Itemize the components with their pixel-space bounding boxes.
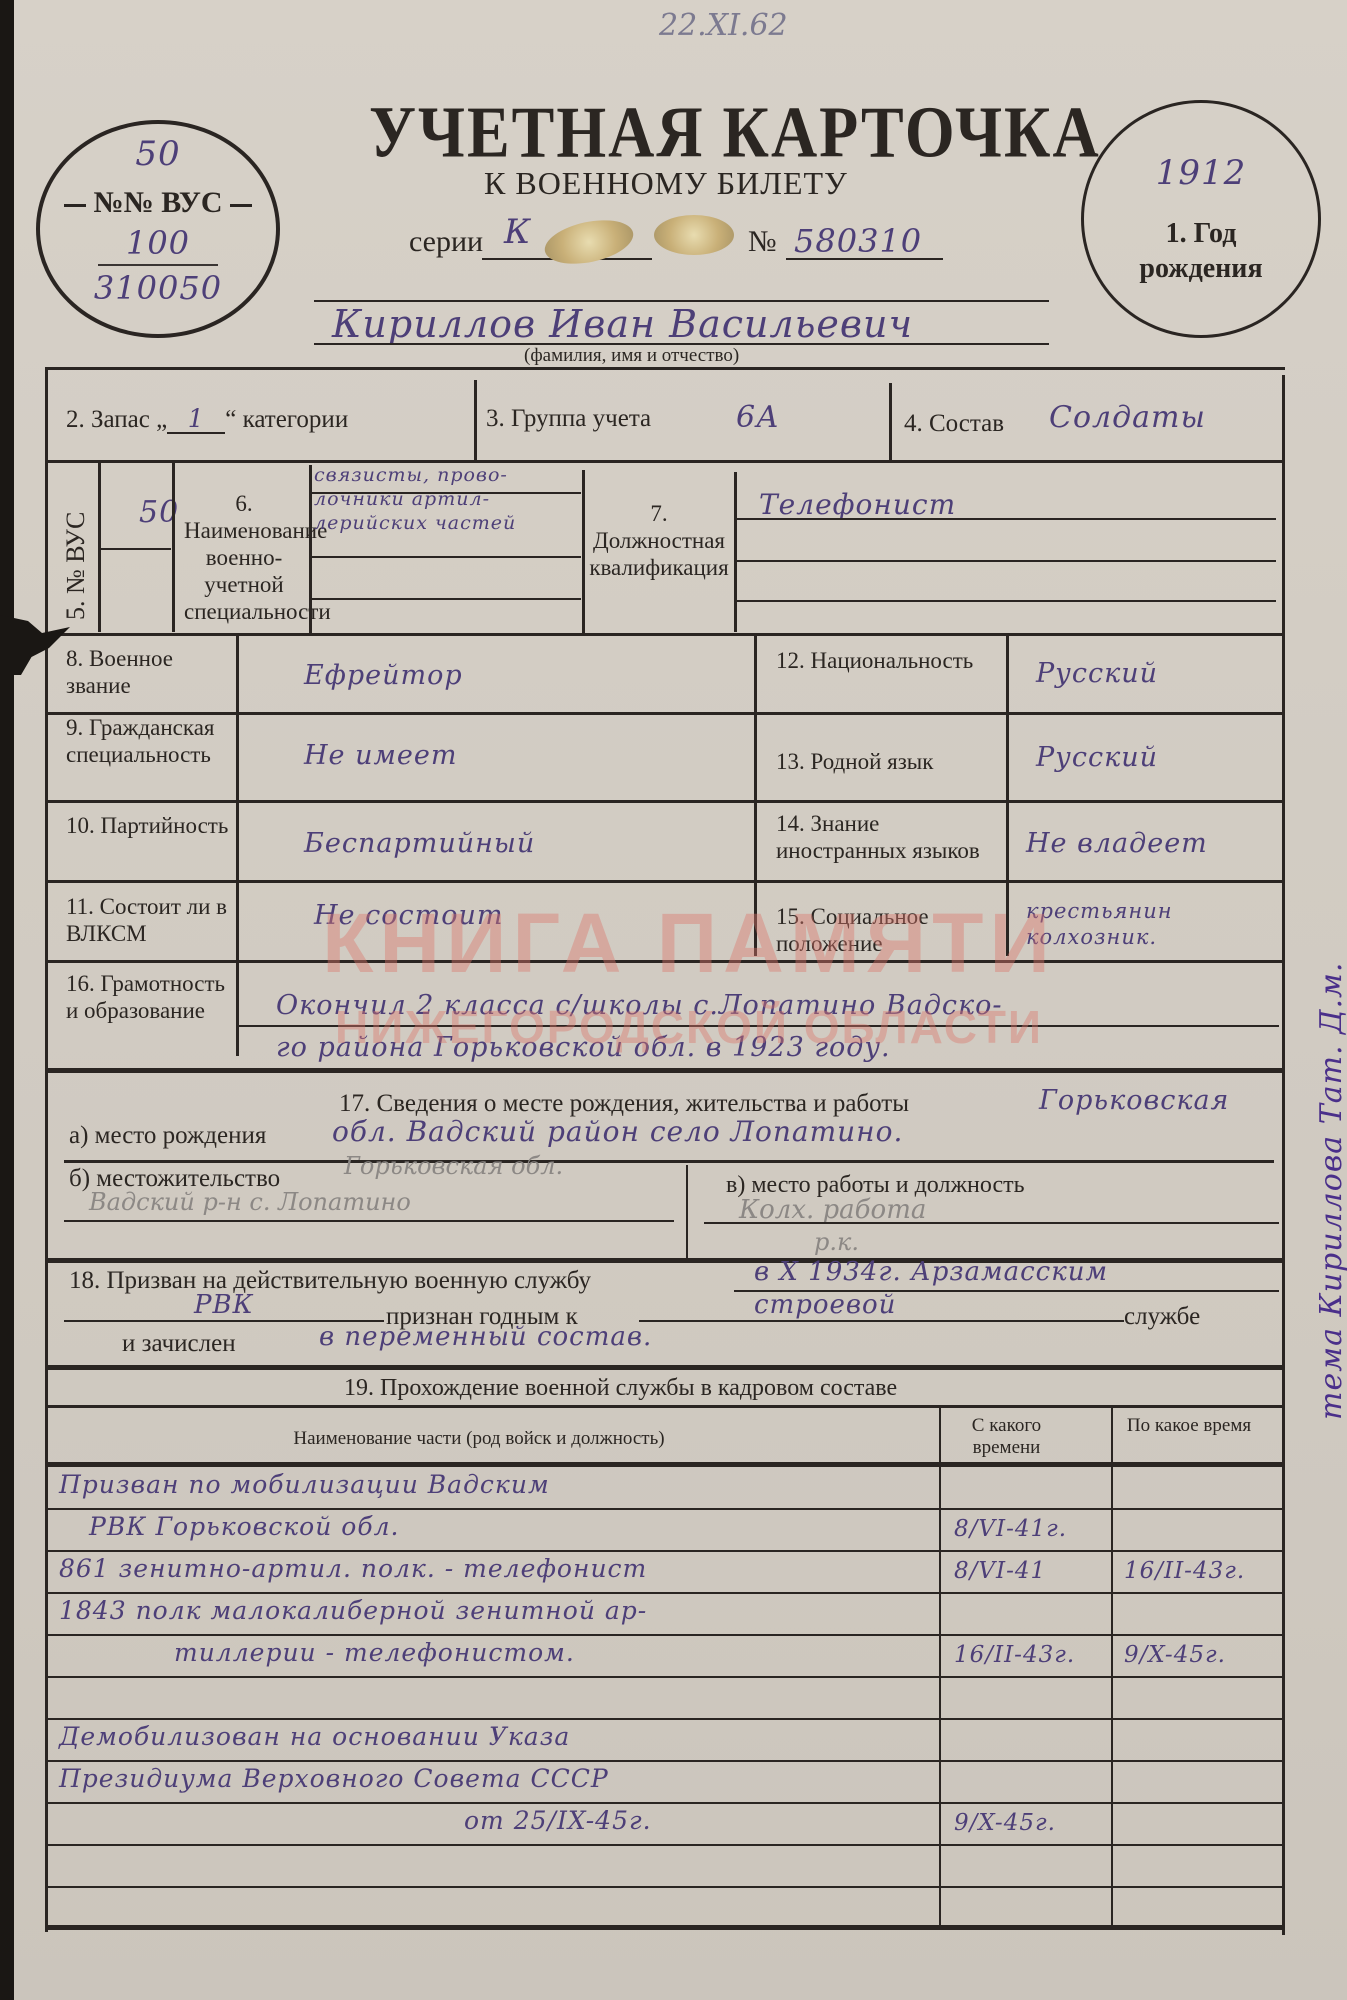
- field-7-value: Телефонист: [759, 488, 956, 521]
- page-title: УЧЕТНАЯ КАРТОЧКА: [369, 90, 1101, 175]
- field-3-value: 6А: [736, 400, 780, 435]
- field-2-label: 2. Запас „1“ категории: [66, 405, 348, 434]
- birth-year-stamp: 1912 1. Год рождения: [1081, 100, 1321, 338]
- field-6-label: 6. Наименование военно-учетной специальн…: [184, 490, 304, 625]
- service-row-unit: Демобилизован на основании Указа: [59, 1722, 570, 1751]
- service-row-from: 9/X-45г.: [954, 1810, 1056, 1836]
- section-17-title-value: Горьковская: [1039, 1085, 1229, 1116]
- field-4-value: Солдаты: [1049, 400, 1206, 435]
- vus-stamp-bottom-value: 310050: [40, 269, 276, 307]
- number-value: 580310: [794, 222, 922, 260]
- birthplace-label: а) место рождения: [69, 1122, 266, 1149]
- field-4-label: 4. Состав: [904, 410, 1004, 437]
- service-row-unit: от 25/IX-45г.: [464, 1806, 652, 1835]
- residence-value-line-1: Горьковская обл.: [344, 1152, 563, 1180]
- field-14-value: Не владеет: [1026, 828, 1208, 859]
- service-row-unit: тиллерии - телефонистом.: [174, 1638, 575, 1667]
- service-row-from: 8/VI-41: [954, 1558, 1046, 1584]
- field-9-value: Не имеет: [304, 740, 457, 771]
- top-date: 22.XI.62: [659, 8, 788, 43]
- birth-year-label: 1. Год: [1084, 218, 1318, 250]
- ink-blot: [654, 215, 734, 255]
- serie-label: серии: [409, 225, 483, 259]
- field-12-value: Русский: [1036, 658, 1158, 689]
- column-header-to: По какое время: [1119, 1415, 1259, 1437]
- field-9-label: 9. Гражданская специальность: [66, 714, 236, 768]
- field-16-value-line-2: го района Горьковской обл. в 1923 году.: [276, 1032, 891, 1063]
- service-row-from: 16/II-43г.: [954, 1642, 1075, 1668]
- service-label: службе: [1124, 1303, 1200, 1330]
- birth-year-value: 1912: [1084, 153, 1318, 193]
- field-16-label: 16. Грамотность и образование: [66, 970, 236, 1024]
- service-row-to: 9/X-45г.: [1124, 1642, 1226, 1668]
- section-19-title: 19. Прохождение военной службы в кадрово…: [344, 1375, 897, 1402]
- field-7-label: 7. Должностная квалификация: [584, 500, 734, 581]
- vus-stamp-middle-value: 100: [40, 224, 276, 262]
- field-11-label: 11. Состоит ли в ВЛКСМ: [66, 893, 236, 947]
- birthplace-value: обл. Вадский район село Лопатино.: [332, 1115, 903, 1148]
- field-15-label: 15. Социальное положение: [776, 903, 996, 957]
- page-subtitle: К ВОЕННОМУ БИЛЕТУ: [484, 165, 848, 202]
- vus-stamp-top-value: 50: [40, 134, 276, 174]
- full-name: Кириллов Иван Васильевич: [332, 302, 913, 346]
- service-row-to: 16/II-43г.: [1124, 1558, 1245, 1584]
- field-13-value: Русский: [1036, 742, 1158, 773]
- field-13-label: 13. Родной язык: [776, 748, 1006, 775]
- field-12-label: 12. Национальность: [776, 647, 996, 674]
- field-16-value-line-1: Окончил 2 класса с/школы с.Лопатино Вадс…: [276, 990, 1003, 1021]
- field-10-value: Беспартийный: [304, 828, 535, 859]
- service-row-unit: Призван по мобилизации Вадским: [59, 1470, 550, 1499]
- conscription-office-value: РВК: [194, 1290, 254, 1320]
- fit-value: строевой: [754, 1290, 896, 1320]
- service-row-unit: РВК Горьковской обл.: [89, 1512, 399, 1541]
- field-8-value: Ефрейтор: [304, 660, 463, 691]
- full-name-caption: (фамилия, имя и отчество): [524, 345, 739, 367]
- field-5-label: 5. № ВУС: [62, 512, 89, 620]
- workplace-value-line-1: Колх. работа: [739, 1195, 926, 1225]
- residence-value-line-2: Вадский р-н с. Лопатино: [89, 1188, 411, 1216]
- service-row-unit: 1843 полк малокалиберной зенитной ар-: [59, 1596, 647, 1625]
- field-10-label: 10. Партийность: [66, 812, 236, 839]
- field-11-value: Не состоит: [314, 900, 503, 931]
- column-header-from: С какого времени: [949, 1415, 1064, 1459]
- section-18-label: 18. Призван на действительную военную сл…: [69, 1267, 591, 1294]
- section-17-title: 17. Сведения о месте рождения, жительств…: [339, 1090, 909, 1117]
- field-2-value: 1: [167, 405, 225, 434]
- vus-stamp-label: №№ ВУС: [40, 186, 276, 220]
- serie-value: К: [504, 212, 531, 252]
- field-6-value: связисты, прово-лочники артил-лерийских …: [314, 463, 516, 535]
- workplace-value-line-2: р.к.: [814, 1228, 859, 1256]
- enlisted-value: в переменный состав.: [319, 1322, 652, 1352]
- record-card: 22.XI.62 50 №№ ВУС 100 310050 УЧЕТНАЯ КА…: [14, 0, 1347, 2000]
- side-note: тема Кириллова Тат. Д.м.: [1314, 962, 1347, 1420]
- conscription-value: в X 1934г. Арзамасским: [754, 1257, 1108, 1287]
- number-label: №: [748, 225, 777, 259]
- field-3-label: 3. Группа учета: [486, 405, 651, 432]
- service-row-from: 8/VI-41г.: [954, 1516, 1067, 1542]
- enlisted-label: и зачислен: [122, 1330, 236, 1357]
- service-row-unit: Президиума Верховного Совета СССР: [59, 1764, 609, 1793]
- column-header-unit: Наименование части (род войск и должност…: [54, 1425, 904, 1452]
- vus-stamp: 50 №№ ВУС 100 310050: [36, 120, 280, 338]
- field-14-label: 14. Знание иностранных языков: [776, 810, 996, 864]
- field-15-value: крестьянинколхозник.: [1026, 898, 1173, 950]
- ink-blot: [541, 213, 637, 271]
- field-8-label: 8. Военное звание: [66, 645, 236, 699]
- service-row-unit: 861 зенитно-артил. полк. - телефонист: [59, 1554, 647, 1583]
